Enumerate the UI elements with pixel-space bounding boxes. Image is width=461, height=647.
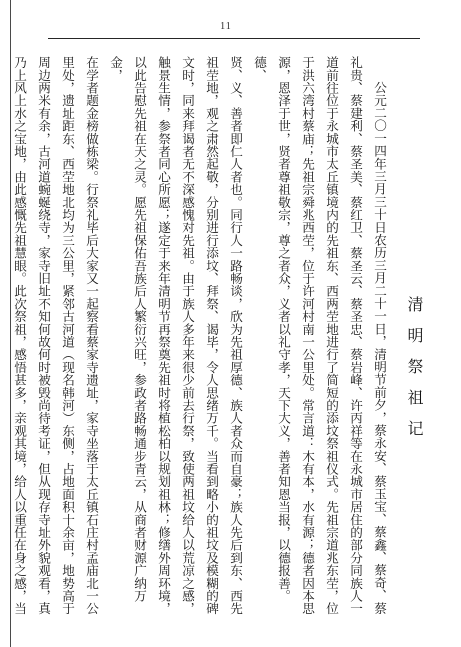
text-column: 里处，遗址距东、西茔地北均为三公里，紧邻古河道（现名韩河）东侧，占地面积十余亩，… <box>55 56 79 622</box>
text-column: 源，恩泽于世，贤者尊祖敬宗，尊之者众，义者以礼守孝，天下大义，善者知恩当报，以德… <box>247 56 295 622</box>
margin-title: 清明祭祖记 <box>402 296 425 451</box>
text-column: 触景生情，参祭者同心所愿；遂定于来年清明节再祭奠先祖时将植松柏以规划祖林；修缮外… <box>151 56 175 622</box>
page-number: 11 <box>196 21 256 32</box>
text-column: 以此告慰先祖在天之灵。愿先祖保佑吾族后人繁衍兴旺，参政者路畅通步青云，从商者财源… <box>103 56 151 622</box>
text-column: 礼贵、蔡建利、蔡圣美、蔡红卫、蔡圣云、蔡圣忠、蔡岩峰、许丙祥等在永城市居住的部分… <box>343 56 367 622</box>
text-column: 贤、义、善者即仁人者也。同行人一路畅谈，欣为先祖厚德、族人者众而自豪；族人先后到… <box>223 56 247 622</box>
text-column: 乃上风上水之宝地，由此感慨先祖慧眼。此次祭祖，感悟甚多，亲观其境，给人以重任在身… <box>7 56 31 622</box>
text-column: 公元二〇一四年三月三十日农历三月二十一日，清明节前夕，蔡永安、蔡玉宝、蔡鑫、蔡奇… <box>367 56 391 647</box>
body-text: 公元二〇一四年三月三十日农历三月二十一日，清明节前夕，蔡永安、蔡玉宝、蔡鑫、蔡奇… <box>7 56 391 622</box>
text-column: 道前往位于永城市太丘镇境内的先祖东、西两茔地进行了简短的添坟祭祖仪式。先祖宗道兆… <box>319 56 343 622</box>
text-column: 文时，同来拜谒者无不深感愧对先祖。由于族人多年来很少前去行祭，致使两祖坟给人以荒… <box>175 56 199 622</box>
document-page: 11 清明祭祖记 公元二〇一四年三月三十日农历三月二十一日，清明节前夕，蔡永安、… <box>0 0 461 647</box>
text-column: 祖茔地，观之肃然起敬，分别进行添坟、拜祭、谒毕，令人思绪万千。当看到略小的祖坟及… <box>199 56 223 622</box>
text-column: 在学者题金榜做栋梁。行祭礼毕后大家又一起察看蔡家寺遗址，家寺坐落于太丘镇石庄村孟… <box>79 56 103 622</box>
text-column: 周边两米有余，古河道蜿蜒绕寺，家寺旧址不知何故何时被毁尚待考证，但从现存寺址外貌… <box>31 56 55 622</box>
header-rule <box>48 38 420 39</box>
text-column: 于洪六湾村蔡庙；先祖宗舜兆西茔，位于许河村南一公里处。常言道：木有本，水有源；德… <box>295 56 319 622</box>
